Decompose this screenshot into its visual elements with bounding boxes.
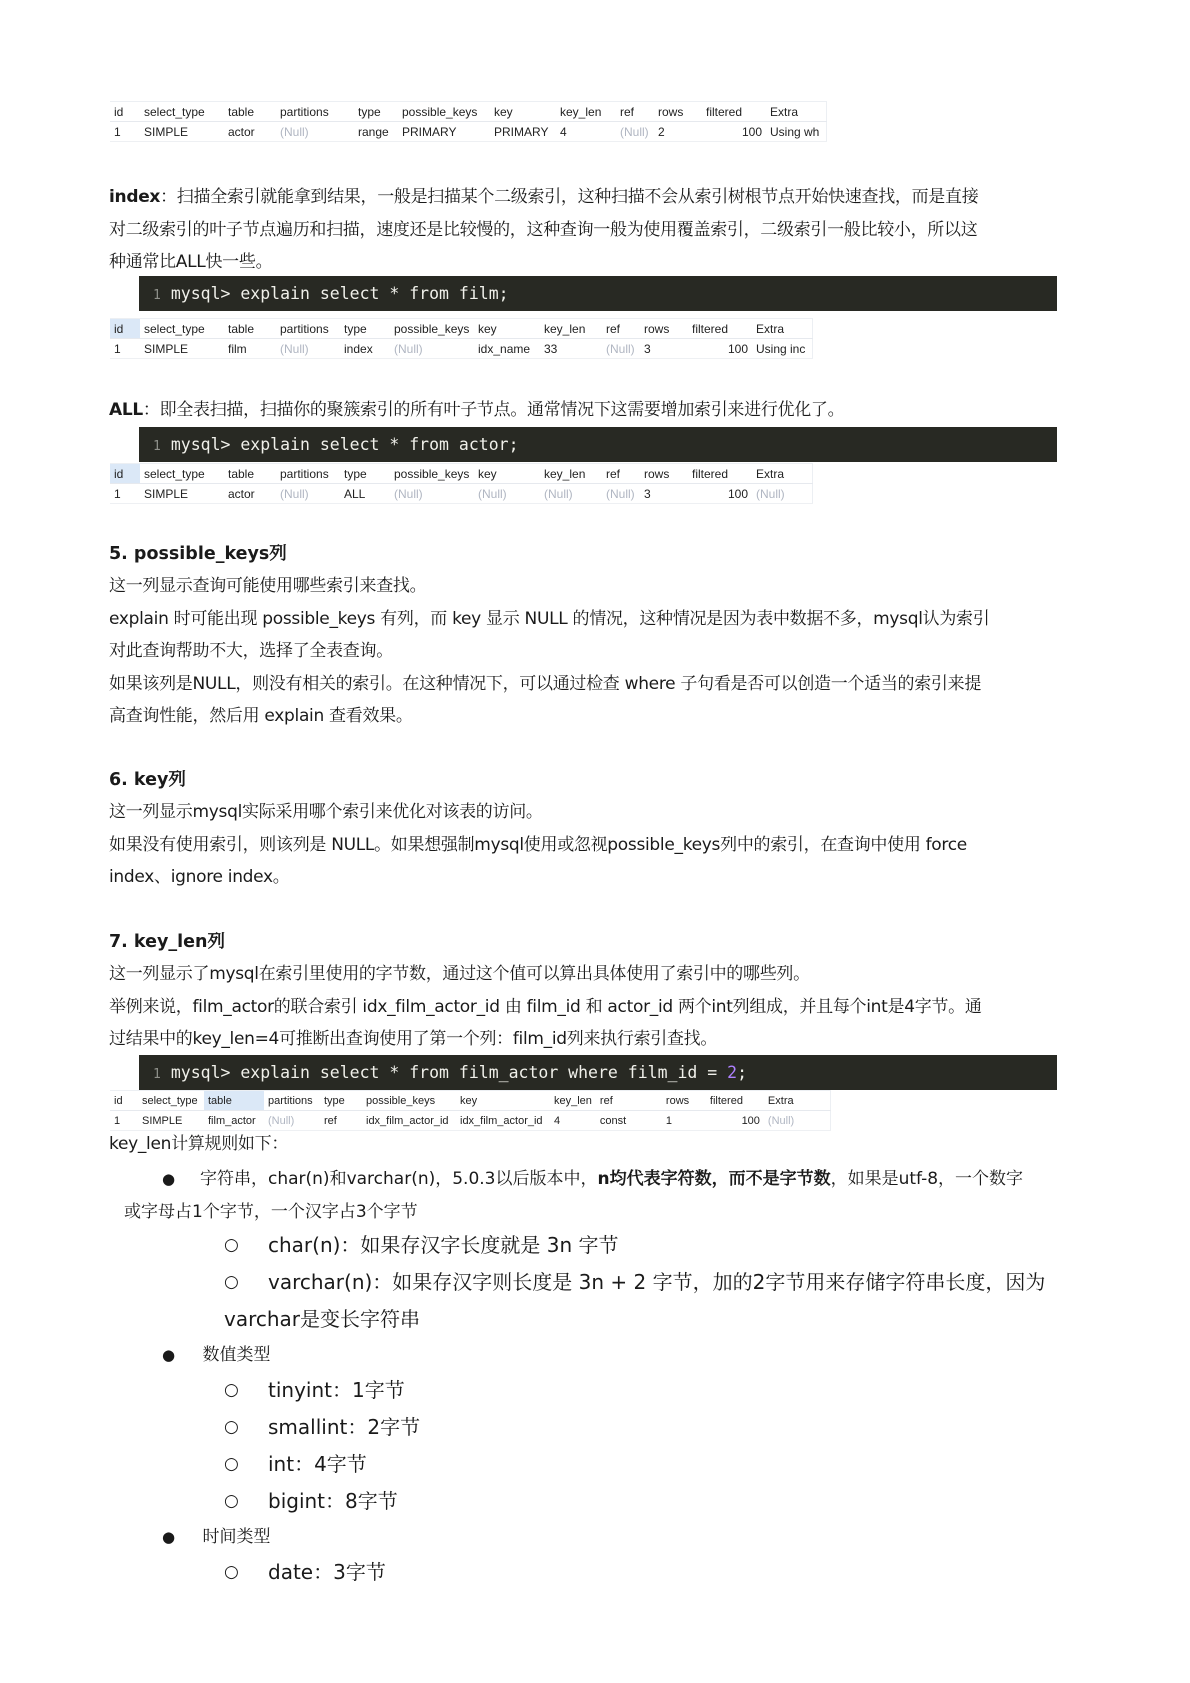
cell-rows: 3	[640, 484, 688, 504]
cell-table: film	[224, 339, 276, 359]
cell-ref: (Null)	[602, 339, 640, 359]
table-row: 1 SIMPLE actor (Null) range PRIMARY PRIM…	[110, 122, 827, 142]
index-text-line3: 种通常比ALL快一些。	[109, 246, 1084, 279]
cell-select-type: SIMPLE	[140, 339, 224, 359]
code-text: mysql> explain select * from actor;	[171, 435, 519, 454]
cell-rows: 2	[654, 122, 702, 142]
col-possible-keys: possible_keys	[390, 319, 474, 339]
cell-select-type: SIMPLE	[140, 484, 224, 504]
numeric-label: 数值类型	[203, 1345, 271, 1365]
cell-table: actor	[224, 484, 276, 504]
cell-possible-keys: (Null)	[390, 339, 474, 359]
section-5-heading: 5. possible_keys列	[109, 540, 287, 565]
cell-filtered: 100	[688, 484, 752, 504]
col-rows: rows	[640, 319, 688, 339]
table-header-row: id select_type table partitions type pos…	[110, 464, 813, 484]
col-possible-keys: possible_keys	[362, 1091, 456, 1111]
section-5-p2-line2: 对此查询帮助不大，选择了全表查询。	[109, 635, 1084, 668]
tinyint-rule: tinyint：1字节	[268, 1378, 405, 1402]
bullet-string: ● 字符串，char(n)和varchar(n)，5.0.3以后版本中，n均代表…	[162, 1163, 1087, 1228]
col-ref: ref	[616, 102, 654, 122]
cell-type: index	[340, 339, 390, 359]
col-extra: Extra	[752, 319, 813, 339]
table-row: 1 SIMPLE actor (Null) ALL (Null) (Null) …	[110, 484, 813, 504]
bullet-dot-icon: ●	[162, 1163, 175, 1196]
cell-rows: 3	[640, 339, 688, 359]
code-block-explain-film: 1mysql> explain select * from film;	[139, 276, 1057, 311]
col-key: key	[456, 1091, 550, 1111]
cell-table: actor	[224, 122, 276, 142]
explain-result-table-index: id select_type table partitions type pos…	[110, 318, 813, 359]
col-possible-keys: possible_keys	[398, 102, 490, 122]
col-extra: Extra	[752, 464, 813, 484]
cell-key: (Null)	[474, 484, 540, 504]
line-number: 1	[153, 288, 161, 303]
explain-result-table-all: id select_type table partitions type pos…	[110, 463, 813, 504]
col-rows: rows	[640, 464, 688, 484]
code-text: mysql> explain select * from film_actor …	[171, 1063, 727, 1082]
col-select-type: select_type	[140, 319, 224, 339]
line-number: 1	[153, 1067, 161, 1082]
section-5-p1: 这一列显示查询可能使用哪些索引来查找。	[109, 570, 1084, 603]
table-header-row: id select_type table partitions type pos…	[110, 1091, 830, 1111]
table-header-row: id select_type table partitions type pos…	[110, 102, 827, 122]
col-partitions: partitions	[276, 102, 354, 122]
section-7-body: 这一列显示了mysql在索引里使用的字节数，通过这个值可以算出具体使用了索引中的…	[109, 958, 1084, 1056]
col-key: key	[474, 319, 540, 339]
varchar-rule-line1: varchar(n)：如果存汉字则长度是 3n + 2 字节，加的2字节用来存储…	[268, 1270, 1045, 1294]
section-6-body: 这一列显示mysql实际采用哪个索引来优化对该表的访问。 如果没有使用索引，则该…	[109, 796, 1084, 894]
cell-id: 1	[110, 484, 140, 504]
col-key: key	[474, 464, 540, 484]
col-key: key	[490, 102, 556, 122]
smallint-rule: smallint：2字节	[268, 1415, 420, 1439]
cell-filtered: 100	[688, 339, 752, 359]
section-5-p3-line1: 如果该列是NULL，则没有相关的索引。在这种情况下，可以通过检查 where 子…	[109, 668, 1084, 701]
term-all: ALL	[109, 400, 143, 420]
code-text-end: ;	[737, 1063, 747, 1082]
bullet-time: ● 时间类型	[162, 1521, 271, 1553]
index-text-line2: 对二级索引的叶子节点遍历和扫描，速度还是比较慢的，这种查询一般为使用覆盖索引，二…	[109, 214, 1084, 247]
cell-key: idx_name	[474, 339, 540, 359]
sub-item-tinyint: ○ tinyint：1字节	[268, 1372, 405, 1409]
col-table: table	[224, 102, 276, 122]
bullet-numeric: ● 数值类型	[162, 1339, 271, 1371]
col-id: id	[110, 464, 140, 484]
col-key-len: key_len	[556, 102, 616, 122]
cell-possible-keys: PRIMARY	[398, 122, 490, 142]
cell-extra: Using inc	[752, 339, 813, 359]
section-5-p3-line2: 高查询性能，然后用 explain 查看效果。	[109, 700, 1084, 733]
cell-select-type: SIMPLE	[140, 122, 224, 142]
explain-result-table-ref: id select_type table partitions type pos…	[110, 1090, 831, 1131]
col-type: type	[340, 464, 390, 484]
section-7-p2-line2: 过结果中的key_len=4可推断出查询使用了第一个列：film_id列来执行索…	[109, 1023, 1084, 1056]
bullet-circle-icon: ○	[224, 1372, 239, 1409]
col-filtered: filtered	[688, 464, 752, 484]
section-6-p1: 这一列显示mysql实际采用哪个索引来优化对该表的访问。	[109, 796, 1084, 829]
cell-key: PRIMARY	[490, 122, 556, 142]
col-select-type: select_type	[138, 1091, 204, 1111]
cell-extra: (Null)	[752, 484, 813, 504]
char-rule: char(n)：如果存汉字长度就是 3n 字节	[268, 1233, 619, 1257]
code-block-explain-film-actor: 1mysql> explain select * from film_actor…	[139, 1055, 1057, 1090]
table-header-row: id select_type table partitions type pos…	[110, 319, 813, 339]
bigint-rule: bigint：8字节	[268, 1489, 398, 1513]
col-rows: rows	[654, 102, 702, 122]
col-filtered: filtered	[702, 102, 766, 122]
bullet-circle-icon: ○	[224, 1409, 239, 1446]
string-line2: 或字母占1个字节，一个汉字占3个字节	[124, 1196, 1087, 1229]
line-number: 1	[153, 439, 161, 454]
col-table: table	[224, 319, 276, 339]
key-len-rules-list: ● 字符串，char(n)和varchar(n)，5.0.3以后版本中，n均代表…	[162, 1163, 1087, 1228]
col-key-len: key_len	[550, 1091, 596, 1111]
bullet-circle-icon: ○	[224, 1446, 239, 1483]
bullet-dot-icon: ●	[162, 1528, 175, 1546]
cell-key-len: 33	[540, 339, 602, 359]
col-filtered: filtered	[706, 1091, 764, 1111]
date-rule: date：3字节	[268, 1560, 386, 1584]
col-filtered: filtered	[688, 319, 752, 339]
index-text-line1: ：扫描全索引就能拿到结果，一般是扫描某个二级索引，这种扫描不会从索引树根节点开始…	[160, 187, 978, 207]
col-type: type	[340, 319, 390, 339]
sub-item-varchar-cont: varchar是变长字符串	[224, 1301, 420, 1338]
sub-item-date: ○ date：3字节	[268, 1554, 386, 1591]
col-rows: rows	[662, 1091, 706, 1111]
int-rule: int：4字节	[268, 1452, 367, 1476]
section-6-p2-line1: 如果没有使用索引，则该列是 NULL。如果想强制mysql使用或忽视possib…	[109, 829, 1084, 862]
index-description: index：扫描全索引就能拿到结果，一般是扫描某个二级索引，这种扫描不会从索引树…	[109, 181, 1084, 279]
cell-type: ALL	[340, 484, 390, 504]
code-block-explain-actor: 1mysql> explain select * from actor;	[139, 427, 1057, 462]
sub-item-varchar: ○ varchar(n)：如果存汉字则长度是 3n + 2 字节，加的2字节用来…	[268, 1264, 1088, 1301]
cell-possible-keys: (Null)	[390, 484, 474, 504]
bullet-circle-icon: ○	[224, 1554, 239, 1591]
col-extra: Extra	[764, 1091, 831, 1111]
term-index: index	[109, 187, 160, 207]
col-ref: ref	[602, 319, 640, 339]
col-extra: Extra	[766, 102, 827, 122]
sub-item-char: ○ char(n)：如果存汉字长度就是 3n 字节	[268, 1227, 619, 1264]
cell-id: 1	[110, 339, 140, 359]
time-label: 时间类型	[203, 1527, 271, 1547]
cell-filtered: 100	[702, 122, 766, 142]
cell-ref: (Null)	[616, 122, 654, 142]
sub-item-int: ○ int：4字节	[268, 1446, 367, 1483]
section-7-p1: 这一列显示了mysql在索引里使用的字节数，通过这个值可以算出具体使用了索引中的…	[109, 958, 1084, 991]
string-bold: n均代表字符数，而不是字节数	[597, 1169, 830, 1189]
col-ref: ref	[602, 464, 640, 484]
col-table: table	[224, 464, 276, 484]
explain-result-table-range: id select_type table partitions type pos…	[110, 101, 827, 142]
section-7-p2-line1: 举例来说，film_actor的联合索引 idx_film_actor_id 由…	[109, 991, 1084, 1024]
section-7-heading: 7. key_len列	[109, 928, 225, 953]
col-partitions: partitions	[264, 1091, 320, 1111]
bullet-circle-icon: ○	[224, 1483, 239, 1520]
col-type: type	[354, 102, 398, 122]
sub-item-smallint: ○ smallint：2字节	[268, 1409, 420, 1446]
cell-extra: Using wh	[766, 122, 827, 142]
table-row: 1 SIMPLE film (Null) index (Null) idx_na…	[110, 339, 813, 359]
col-partitions: partitions	[276, 319, 340, 339]
col-id: id	[110, 319, 140, 339]
cell-type: range	[354, 122, 398, 142]
col-ref: ref	[596, 1091, 662, 1111]
col-key-len: key_len	[540, 319, 602, 339]
col-select-type: select_type	[140, 464, 224, 484]
section-6-p2-line2: index、ignore index。	[109, 861, 1084, 894]
all-description: ALL：即全表扫描，扫描你的聚簇索引的所有叶子节点。通常情况下这需要增加索引来进…	[109, 394, 1084, 427]
bullet-dot-icon: ●	[162, 1346, 175, 1364]
string-prefix: 字符串，char(n)和varchar(n)，5.0.3以后版本中，	[200, 1169, 597, 1189]
key-len-rules-intro: key_len计算规则如下：	[109, 1128, 1084, 1161]
col-id: id	[110, 1091, 138, 1111]
all-text: ：即全表扫描，扫描你的聚簇索引的所有叶子节点。通常情况下这需要增加索引来进行优化…	[143, 400, 844, 420]
bullet-circle-icon: ○	[224, 1227, 239, 1264]
code-text: mysql> explain select * from film;	[171, 284, 509, 303]
sub-item-bigint: ○ bigint：8字节	[268, 1483, 398, 1520]
col-type: type	[320, 1091, 362, 1111]
code-number: 2	[727, 1063, 737, 1082]
cell-ref: (Null)	[602, 484, 640, 504]
col-key-len: key_len	[540, 464, 602, 484]
cell-id: 1	[110, 122, 140, 142]
cell-partitions: (Null)	[276, 122, 354, 142]
bullet-circle-icon: ○	[224, 1264, 239, 1301]
cell-key-len: (Null)	[540, 484, 602, 504]
col-select-type: select_type	[140, 102, 224, 122]
col-id: id	[110, 102, 140, 122]
col-partitions: partitions	[276, 464, 340, 484]
string-suffix: ，如果是utf-8，一个数字	[831, 1169, 1023, 1189]
cell-key-len: 4	[556, 122, 616, 142]
section-5-p2-line1: explain 时可能出现 possible_keys 有列，而 key 显示 …	[109, 603, 1084, 636]
section-5-body: 这一列显示查询可能使用哪些索引来查找。 explain 时可能出现 possib…	[109, 570, 1084, 733]
col-possible-keys: possible_keys	[390, 464, 474, 484]
col-table: table	[204, 1091, 264, 1111]
cell-partitions: (Null)	[276, 484, 340, 504]
cell-partitions: (Null)	[276, 339, 340, 359]
section-6-heading: 6. key列	[109, 766, 186, 791]
